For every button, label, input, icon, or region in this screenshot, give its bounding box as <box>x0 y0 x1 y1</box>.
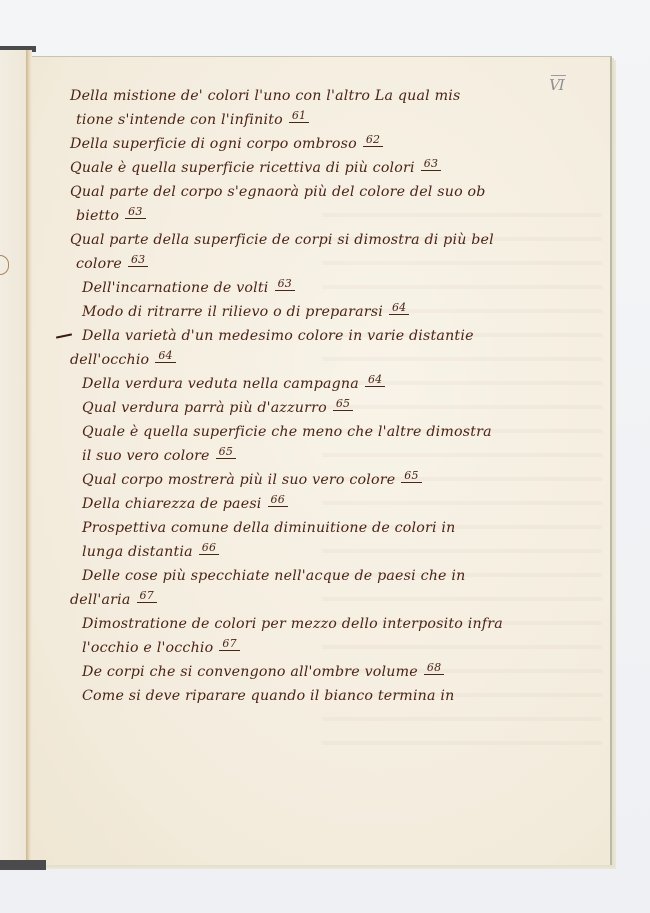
index-line: Qual parte della superficie de corpi si … <box>70 228 570 252</box>
index-line: Qual verdura parrà più d'azzurro65 <box>70 396 570 420</box>
page-ref: 64 <box>389 301 409 315</box>
index-line: Della varietà d'un medesimo colore in va… <box>70 324 570 348</box>
index-line: Qual parte del corpo s'egnaorà più del c… <box>70 180 570 204</box>
index-line: Dimostratione de colori per mezzo dello … <box>70 612 570 636</box>
page-ref: 64 <box>365 373 385 387</box>
page-ref: 62 <box>363 133 383 147</box>
ink-mark <box>0 255 9 275</box>
index-line: Della mistione de' colori l'uno con l'al… <box>70 84 570 108</box>
index-line: Quale è quella superficie che meno che l… <box>70 420 570 444</box>
page-ref: 63 <box>125 205 145 219</box>
left-page <box>0 50 29 860</box>
page-ref: 66 <box>199 541 219 555</box>
index-line: Qual corpo mostrerà più il suo vero colo… <box>70 468 570 492</box>
index-entries: Della mistione de' colori l'uno con l'al… <box>70 84 570 708</box>
index-line: Modo di ritrarre il rilievo o di prepara… <box>70 300 570 324</box>
index-line: bietto63 <box>70 204 570 228</box>
index-line: Dell'incarnatione de volti63 <box>70 276 570 300</box>
index-line: Della chiarezza de paesi66 <box>70 492 570 516</box>
page-ref: 65 <box>333 397 353 411</box>
index-line: De corpi che si convengono all'ombre vol… <box>70 660 570 684</box>
page-ref: 66 <box>268 493 288 507</box>
index-line: il suo vero colore65 <box>70 444 570 468</box>
index-line: tione s'intende con l'infinito61 <box>70 108 570 132</box>
index-line: Quale è quella superficie ricettiva di p… <box>70 156 570 180</box>
index-line: lunga distantia66 <box>70 540 570 564</box>
page-ref: 65 <box>216 445 236 459</box>
page-ref: 67 <box>137 589 157 603</box>
page-ref: 65 <box>401 469 421 483</box>
index-line: colore63 <box>70 252 570 276</box>
index-line: l'occhio e l'occhio67 <box>70 636 570 660</box>
index-line: Delle cose più specchiate nell'acque de … <box>70 564 570 588</box>
page-ref: 67 <box>219 637 239 651</box>
page-ref: 63 <box>128 253 148 267</box>
index-line: Come si deve riparare quando il bianco t… <box>70 684 570 708</box>
index-line: dell'aria67 <box>70 588 570 612</box>
index-line: Della verdura veduta nella campagna64 <box>70 372 570 396</box>
index-line: dell'occhio64 <box>70 348 570 372</box>
page-ref: 63 <box>275 277 295 291</box>
page-ref: 63 <box>421 157 441 171</box>
page-ref: 61 <box>289 109 309 123</box>
page-ref: 68 <box>424 661 444 675</box>
book-cover-bottom <box>0 860 46 870</box>
index-line: Prospettiva comune della diminuitione de… <box>70 516 570 540</box>
index-line: Della superficie di ogni corpo ombroso62 <box>70 132 570 156</box>
page-ref: 64 <box>155 349 175 363</box>
